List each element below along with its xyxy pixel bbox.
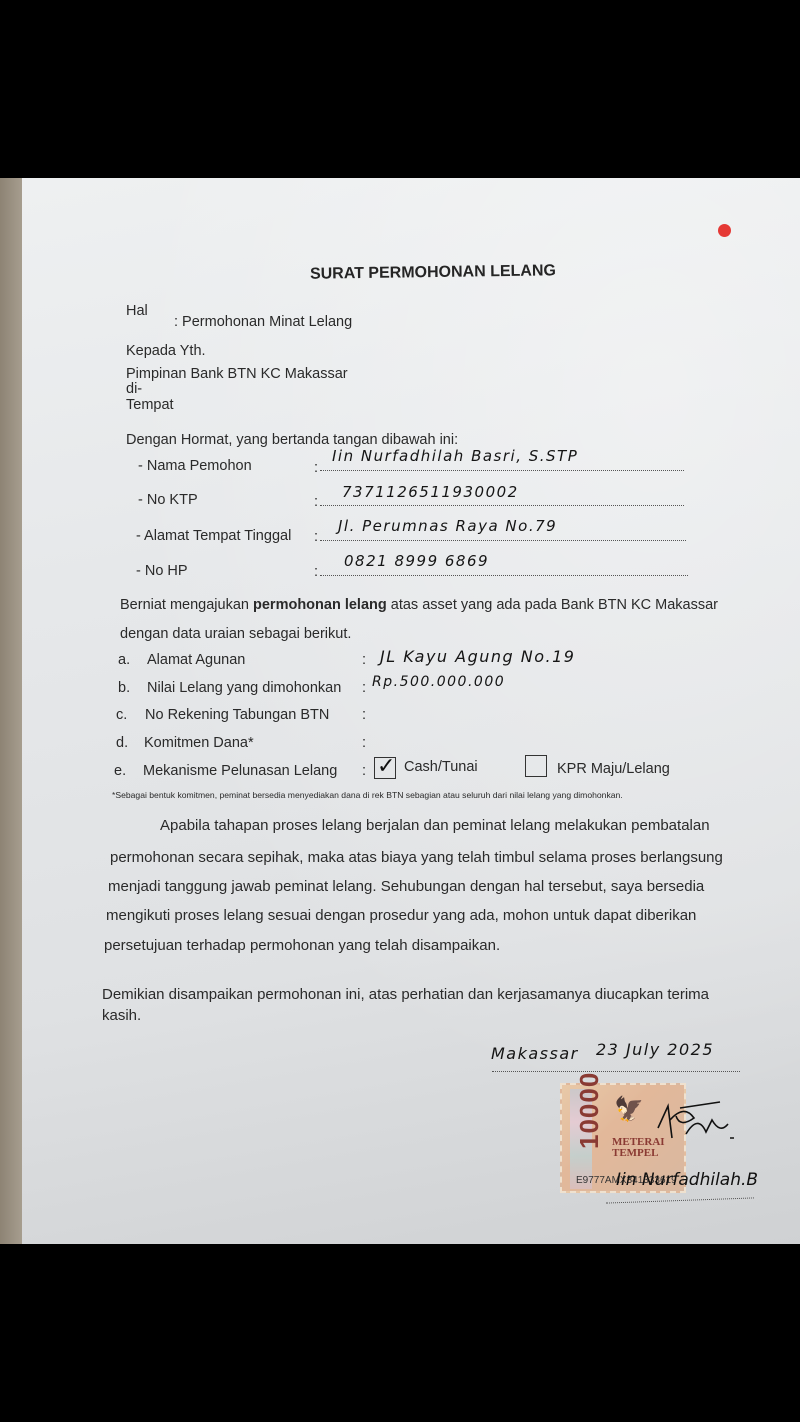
body-line: Apabila tahapan proses lelang berjalan d… xyxy=(160,817,710,834)
field-value-ktp: 7371126511930002 xyxy=(342,483,519,501)
field-label-ktp: - No KTP xyxy=(138,492,198,508)
body-line: mengikuti proses lelang sesuai dengan pr… xyxy=(106,907,696,924)
field-label-nama: - Nama Pemohon xyxy=(138,458,252,474)
garuda-emblem-icon: 🦅 xyxy=(614,1095,644,1129)
recipient-line: Tempat xyxy=(126,397,174,413)
item-value-alamat-agunan: JL Kayu Agung No.19 xyxy=(380,647,575,666)
checkbox-cash[interactable]: ✓ xyxy=(374,757,396,779)
field-dotted-line xyxy=(320,470,684,471)
item-colon: : xyxy=(362,680,366,696)
body-line: persetujuan terhadap permohonan yang tel… xyxy=(104,937,500,954)
signatory-name: Iin Nurfadhilah.B xyxy=(616,1170,758,1190)
intro-text: Berniat mengajukan xyxy=(120,597,253,613)
option-label-cash: Cash/Tunai xyxy=(404,759,478,775)
field-colon: : xyxy=(314,460,318,476)
signing-place: Makassar xyxy=(491,1044,579,1063)
footnote: *Sebagai bentuk komitmen, peminat bersed… xyxy=(112,790,623,800)
checkmark-icon: ✓ xyxy=(377,753,395,779)
closing-line: Demikian disampaikan permohonan ini, ata… xyxy=(102,986,709,1003)
item-label-nilai-lelang: Nilai Lelang yang dimohonkan xyxy=(147,680,341,696)
checkbox-kpr[interactable] xyxy=(525,755,547,777)
item-colon: : xyxy=(362,707,366,723)
field-value-hp: 0821 8999 6869 xyxy=(344,552,489,570)
signature-scribble xyxy=(650,1098,750,1148)
item-letter: e. xyxy=(114,763,126,779)
field-dotted-line xyxy=(320,505,684,506)
stamp-value: 10000 xyxy=(574,1072,605,1149)
signing-date: 23 July 2025 xyxy=(596,1040,714,1059)
intro-line-1: Berniat mengajukan permohonan lelang ata… xyxy=(120,597,718,613)
field-value-alamat: Jl. Perumnas Raya No.79 xyxy=(338,517,557,535)
body-line: permohonan secara sepihak, maka atas bia… xyxy=(110,849,723,866)
item-label-no-rekening: No Rekening Tabungan BTN xyxy=(145,707,329,723)
document-title: SURAT PERMOHONAN LELANG xyxy=(310,262,556,283)
item-colon: : xyxy=(362,735,366,751)
field-value-nama: Iin Nurfadhilah Basri, S.STP xyxy=(332,447,578,465)
greeting: Dengan Hormat, yang bertanda tangan diba… xyxy=(126,432,458,448)
item-colon: : xyxy=(362,652,366,668)
recipient-line: di- xyxy=(126,381,142,397)
recipient-line: Kepada Yth. xyxy=(126,343,206,359)
item-label-komitmen-dana: Komitmen Dana* xyxy=(144,735,254,751)
closing-line: kasih. xyxy=(102,1007,141,1024)
item-letter: d. xyxy=(116,735,128,751)
body-line: menjadi tanggung jawab peminat lelang. S… xyxy=(108,878,704,895)
item-letter: a. xyxy=(118,652,130,668)
field-colon: : xyxy=(314,564,318,580)
item-colon: : xyxy=(362,763,366,779)
item-label-mekanisme: Mekanisme Pelunasan Lelang xyxy=(143,763,337,779)
stamp-label-line: TEMPEL xyxy=(612,1148,665,1159)
intro-text: atas asset yang ada pada Bank BTN KC Mak… xyxy=(387,597,718,613)
intro-bold-text: permohonan lelang xyxy=(253,597,387,613)
item-value-nilai-lelang: Rp.500.000.000 xyxy=(372,674,505,690)
option-label-kpr: KPR Maju/Lelang xyxy=(557,761,670,777)
field-label-alamat: - Alamat Tempat Tinggal xyxy=(136,528,291,544)
subject-value: : Permohonan Minat Lelang xyxy=(174,314,352,330)
intro-line-2: dengan data uraian sebagai berikut. xyxy=(120,626,351,642)
red-marker-dot xyxy=(718,224,731,237)
field-colon: : xyxy=(314,529,318,545)
field-label-hp: - No HP xyxy=(136,563,188,579)
field-dotted-line xyxy=(320,575,688,576)
item-letter: c. xyxy=(116,707,127,723)
subject-label: Hal xyxy=(126,303,148,319)
recipient-line: Pimpinan Bank BTN KC Makassar xyxy=(126,366,348,382)
field-dotted-line xyxy=(320,540,686,541)
field-colon: : xyxy=(314,494,318,510)
item-label-alamat-agunan: Alamat Agunan xyxy=(147,652,245,668)
date-dotted-line xyxy=(492,1071,740,1072)
item-letter: b. xyxy=(118,680,130,696)
